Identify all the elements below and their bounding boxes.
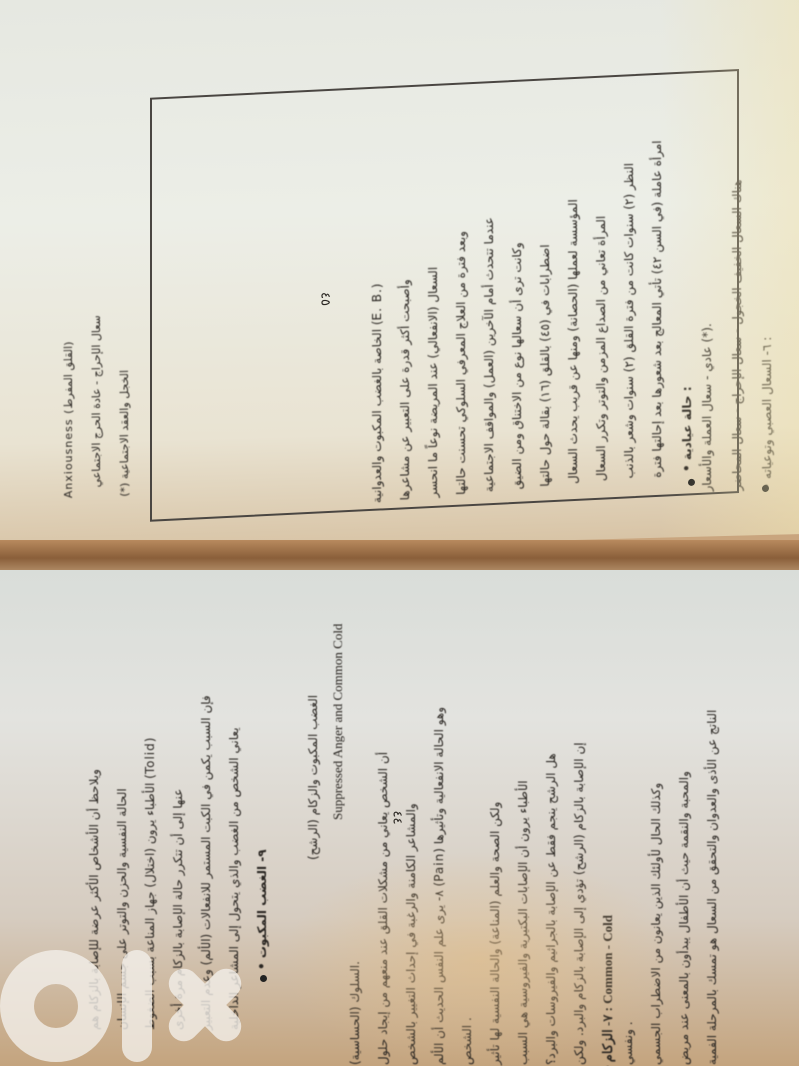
text-line: الشخص . xyxy=(460,1010,474,1065)
text-line: والمحبة والنقمة حيث أن الأطفال يبدأون با… xyxy=(677,595,691,1065)
case-line: وبعد فترة من العلاج المعرفي السلوكي تحسن… xyxy=(454,110,468,495)
text-line: إن الإصابة بالزكام (الرشح) تؤدي إلى الإص… xyxy=(572,595,586,1065)
footnote-line: Anxiousness (القلق المفرط) xyxy=(62,98,75,498)
case-line: المؤسسة لعملها (الحصانة) ومنها عن قريب ي… xyxy=(566,99,580,484)
text-line: أن الشخص يعاني من مشكلات القلق عند منعهم… xyxy=(376,595,390,1065)
olx-letter-o xyxy=(0,950,112,1062)
case-line: امرأة عاملة (في السن ٤٢) تأتي المعالج بع… xyxy=(650,93,664,478)
heading-line: عادي - سعال العملة والأسعار (*). xyxy=(700,271,714,491)
section-title: • ٩- الغضب المكبوت xyxy=(255,850,269,970)
page-number: ٤٤ xyxy=(389,811,404,825)
case-line: وكانت ترى أن سعالها نوع من الاختناق ومن … xyxy=(510,104,524,489)
olx-letter-l xyxy=(122,950,152,1062)
text-line: والمشاعر الكامنة والرغبة في إحداث التغيي… xyxy=(404,595,418,1065)
book-page-top: ٤٥ • ٦- السعال العصبي وتوعياته : هناك ال… xyxy=(0,0,799,555)
text-line: هل الرشح ينجم فقط عن الإصابة بالجراثيم و… xyxy=(544,595,558,1065)
case-line: عندما تتحدث أمام الآخرين (العمل) والمواق… xyxy=(482,107,496,492)
case-line: المرأة تعاني من الصداع المزمن والتوتر وت… xyxy=(594,96,608,481)
case-line: اضطرابات في (٤٥) بالقلق (١٦) بقالة حول ح… xyxy=(538,102,552,487)
text-line: ٨- يرى علم النفس الحديث أن الألم (Pain) … xyxy=(432,595,446,1065)
case-line: الخاصة بالغضب المكبوت والعدوانية (E. B.) xyxy=(370,118,384,503)
case-study-title: • حالة عيادية : xyxy=(680,362,694,472)
footnote-line: (*) الخجل والعقد الاجتماعية xyxy=(118,97,131,497)
bullet-icon xyxy=(260,975,267,982)
heading-line: هناك السعال الخفيف الخجول - سعال الإحراج… xyxy=(730,41,744,491)
case-line: النظر (٢) سنوات كانت من فترة القلق (٢) س… xyxy=(622,93,636,478)
case-line: وأصبحت أكثر قدرة على التعبير عن مشاعرها xyxy=(398,115,412,500)
text-line: الأطباء يرون أن الإصابات البكتيرية والفي… xyxy=(516,595,530,1065)
text-line: ونفسي . xyxy=(621,1010,635,1065)
bullet-icon xyxy=(762,485,769,492)
heading-line: • ٦- السعال العصبي وتوعياته : xyxy=(760,220,774,490)
text-line: ولكن الصحة والعلم (المناعة) والحالة النف… xyxy=(488,595,502,1065)
footnote-line: سعال الإحراج - عادة الحرج الاجتماعي xyxy=(90,87,103,487)
section-title: • ٧- الزكام : Common - Cold xyxy=(600,740,616,1066)
olx-watermark-logo xyxy=(0,950,250,1066)
text-line: السلوك (الحساسية). xyxy=(348,970,362,1065)
case-line: السعال (الانفعالي) عند المريضة نوعاً ما … xyxy=(426,112,440,497)
text-line: وكذلك الحال لأولئك الذين يعانون من الاضط… xyxy=(649,595,663,1065)
bullet-icon xyxy=(688,479,695,486)
english-heading: Suppressed Anger and Common Cold xyxy=(330,600,346,820)
subtitle: الغضب المكبوت والزكام (الرشح) xyxy=(306,670,320,860)
text-line: الناتج عن الأذى والعدوان والتحقق من السع… xyxy=(705,595,719,1065)
